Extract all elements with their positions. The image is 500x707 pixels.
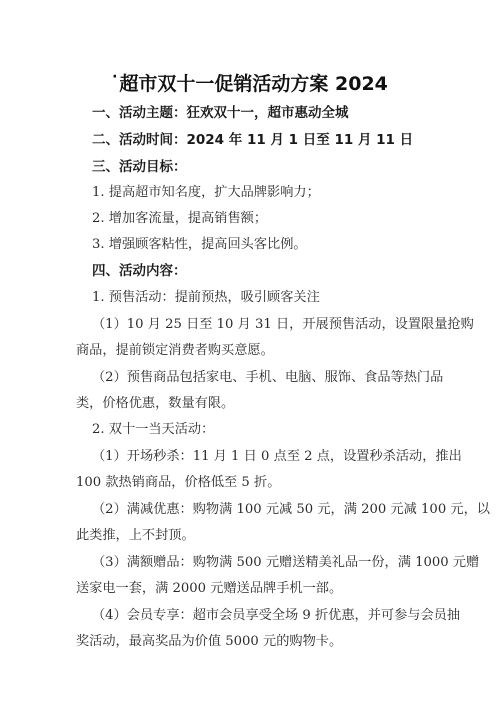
- goal-item: 2. 增加客流量，提高销售额；: [92, 210, 444, 228]
- section-theme: 一、活动主题：狂欢双十一，超市惠动全城: [92, 104, 444, 122]
- day-item-1-line1: （1）开场秒杀：11 月 1 日 0 点至 2 点，设置秒杀活动，推出: [92, 448, 427, 466]
- goal-item: 3. 增强顾客粘性，提高回头客比例。: [92, 236, 444, 254]
- day-item-4-line1: （4）会员专享：超市会员享受全场 9 折优惠，并可参与会员抽: [92, 607, 427, 625]
- day-item-1-line2: 100 款热销商品，价格低至 5 折。: [76, 474, 428, 492]
- day-item-4-line2: 奖活动，最高奖品为价值 5000 元的购物卡。: [76, 633, 428, 651]
- section-content-heading: 四、活动内容：: [92, 262, 444, 280]
- title-text: 超市双十一促销活动方案 2024: [119, 73, 388, 95]
- section-time: 二、活动时间：2024 年 11 月 1 日至 11 月 11 日: [92, 131, 444, 149]
- presale-heading: 1. 预售活动：提前预热，吸引顾客关注: [92, 289, 444, 307]
- day-item-3-line1: （3）满额赠品：购物满 500 元赠送精美礼品一份，满 1000 元赠: [92, 554, 427, 572]
- presale-item-1-line2: 商品，提前锁定消费者购买意愿。: [76, 342, 428, 360]
- presale-item-1-line1: （1）10 月 25 日至 10 月 31 日，开展预售活动，设置限量抢购: [92, 316, 427, 334]
- document-title: ·超市双十一促销活动方案 2024: [0, 69, 500, 96]
- day-heading: 2. 双十一当天活动：: [92, 421, 444, 439]
- title-dot: ·: [112, 69, 117, 85]
- presale-item-2-line1: （2）预售商品包括家电、手机、电脑、服饰、食品等热门品: [92, 369, 427, 387]
- presale-item-2-line2: 类，价格优惠，数量有限。: [76, 395, 428, 413]
- section-goals-heading: 三、活动目标：: [92, 158, 444, 176]
- day-item-2-line2: 此类推，上不封顶。: [76, 527, 428, 545]
- day-item-2-line1: （2）满减优惠：购物满 100 元减 50 元，满 200 元减 100 元，以: [92, 501, 427, 519]
- day-item-3-line2: 送家电一套，满 2000 元赠送品牌手机一部。: [76, 580, 428, 598]
- goal-item: 1. 提高超市知名度，扩大品牌影响力；: [92, 184, 444, 202]
